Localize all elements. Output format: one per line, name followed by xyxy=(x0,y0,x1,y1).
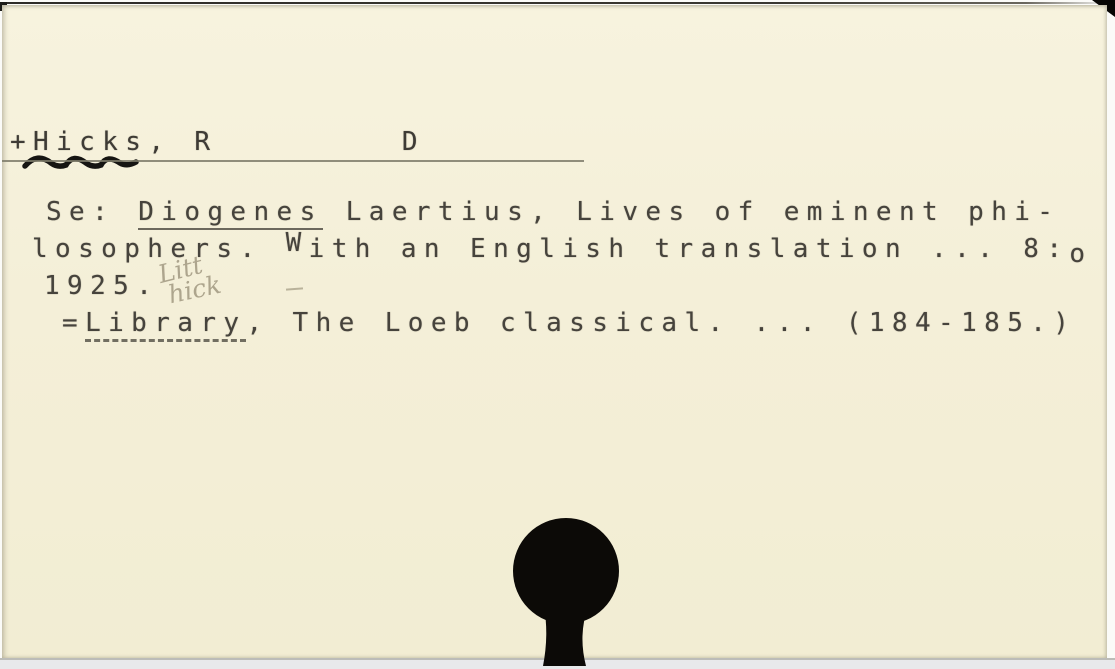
scanned-catalog-card-page: +Hicks, R D Se: Diogenes Laertius, Lives… xyxy=(0,0,1115,669)
wavy-underline-mark xyxy=(22,150,140,176)
line2-raised-letter: W xyxy=(286,228,309,258)
card-punch-hole-icon xyxy=(500,515,632,669)
body-line-1: Se: Diogenes Laertius, Lives of eminent … xyxy=(46,197,1060,227)
line2-lowered-letter: o xyxy=(1069,239,1092,269)
line1-pre: Se: xyxy=(46,197,138,227)
line1-post: Laertius, Lives of eminent phi- xyxy=(323,197,1061,227)
line4-underlined-word: Library xyxy=(85,308,246,342)
line2-mid: ith an English translation ... 8: xyxy=(309,234,1070,264)
heading-rule-line xyxy=(2,160,584,162)
scan-top-edge-line xyxy=(0,2,1115,4)
line4-pre: = xyxy=(62,308,85,338)
body-line-3: 1925. xyxy=(44,271,159,301)
line1-underlined-word: Diogenes xyxy=(138,197,322,230)
handwritten-dash-mark xyxy=(286,287,303,290)
line3-text: 1925. xyxy=(44,271,159,301)
body-line-4: =Library, The Loeb classical. ... (184-1… xyxy=(62,308,1076,338)
line4-post: , The Loeb classical. ... (184-185.) xyxy=(246,308,1076,338)
